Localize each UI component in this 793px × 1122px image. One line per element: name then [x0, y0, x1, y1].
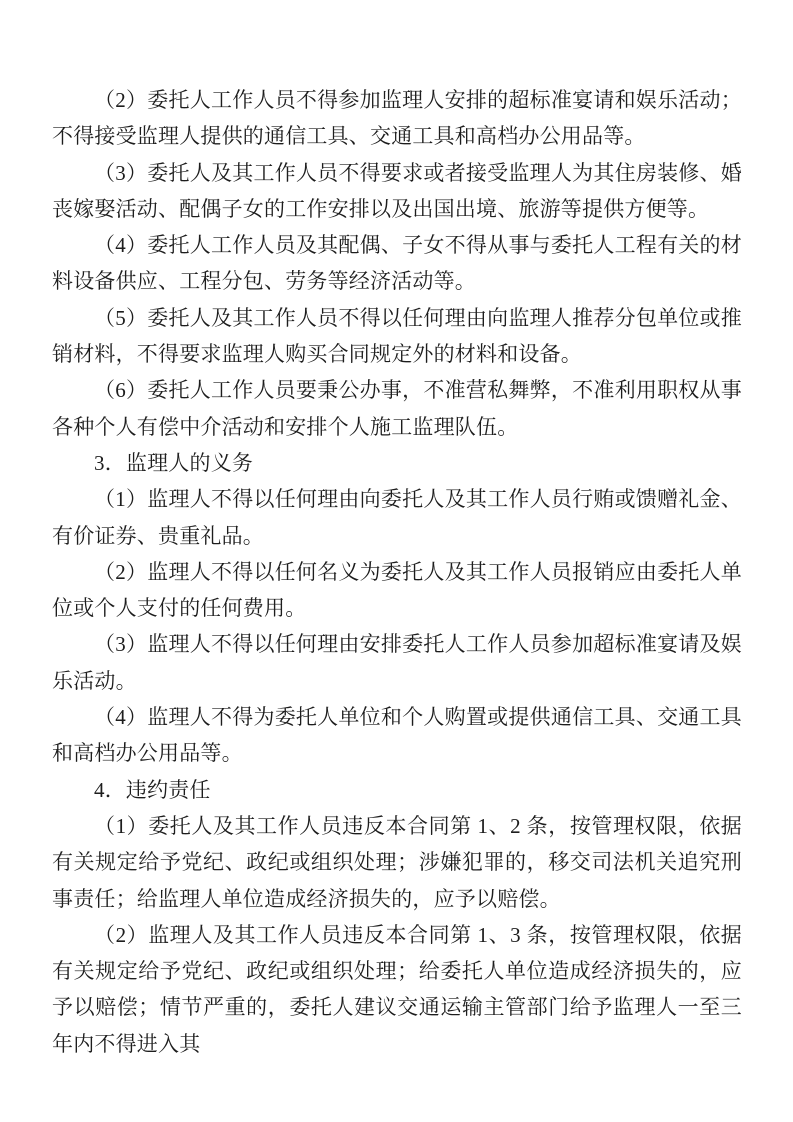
paragraph-4-2: （2）监理人及其工作人员违反本合同第 1、3 条，按管理权限，依据有关规定给予党…	[52, 917, 742, 1062]
paragraph-3-4: （4）监理人不得为委托人单位和个人购置或提供通信工具、交通工具和高档办公用品等。	[52, 699, 742, 772]
paragraph-3-2: （2）监理人不得以任何名义为委托人及其工作人员报销应由委托人单位或个人支付的任何…	[52, 554, 742, 627]
paragraph-item-5: （5）委托人及其工作人员不得以任何理由向监理人推荐分包单位或推销材料，不得要求监…	[52, 300, 742, 373]
paragraph-3-1: （1）监理人不得以任何理由向委托人及其工作人员行贿或馈赠礼金、有价证券、贵重礼品…	[52, 481, 742, 554]
paragraph-item-2: （2）委托人工作人员不得参加监理人安排的超标准宴请和娱乐活动；不得接受监理人提供…	[52, 82, 742, 155]
document-page: （2）委托人工作人员不得参加监理人安排的超标准宴请和娱乐活动；不得接受监理人提供…	[0, 0, 793, 1122]
paragraph-item-6: （6）委托人工作人员要秉公办事，不准营私舞弊，不准利用职权从事各种个人有偿中介活…	[52, 372, 742, 445]
paragraph-4-1: （1）委托人及其工作人员违反本合同第 1、2 条，按管理权限，依据有关规定给予党…	[52, 808, 742, 917]
paragraph-item-3: （3）委托人及其工作人员不得要求或者接受监理人为其住房装修、婚丧嫁娶活动、配偶子…	[52, 155, 742, 228]
section-heading-3: 3．监理人的义务	[52, 445, 742, 481]
section-heading-4: 4．违约责任	[52, 772, 742, 808]
paragraph-item-4: （4）委托人工作人员及其配偶、子女不得从事与委托人工程有关的材料设备供应、工程分…	[52, 227, 742, 300]
document-body: （2）委托人工作人员不得参加监理人安排的超标准宴请和娱乐活动；不得接受监理人提供…	[52, 82, 742, 1062]
paragraph-3-3: （3）监理人不得以任何理由安排委托人工作人员参加超标准宴请及娱乐活动。	[52, 626, 742, 699]
